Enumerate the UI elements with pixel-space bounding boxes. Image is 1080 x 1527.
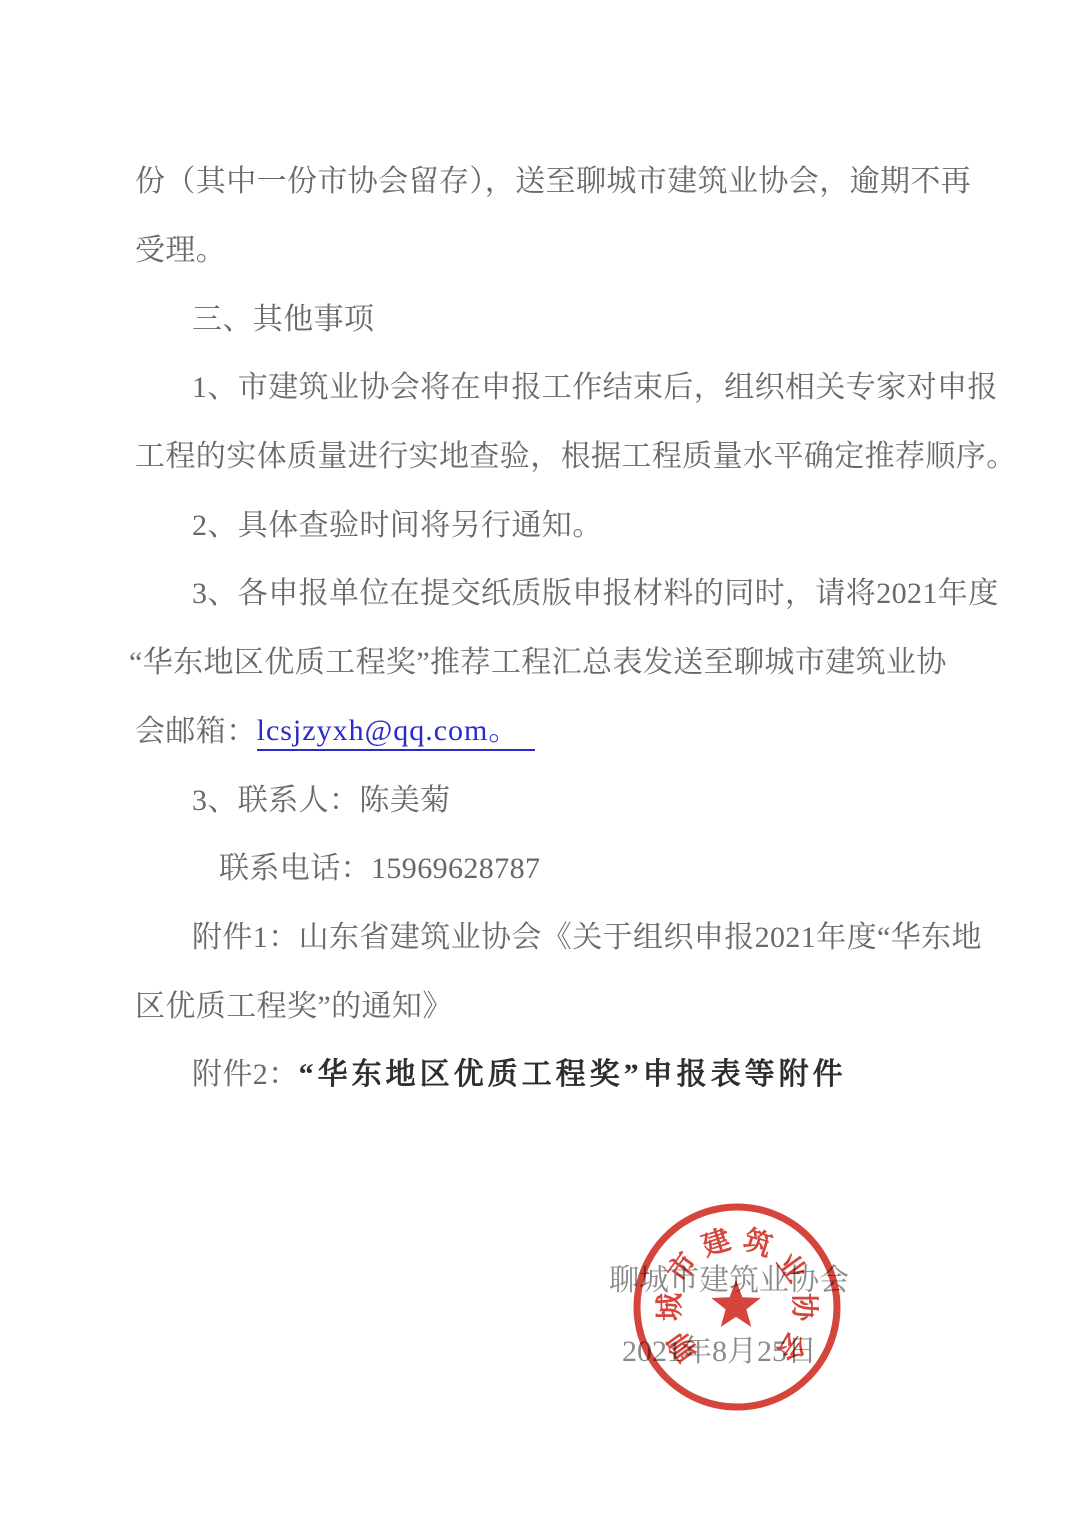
email-link[interactable]: lcsjzyxh@qq.com。 <box>257 705 536 751</box>
attachment2-title: “华东地区优质工程奖”申报表等附件 <box>299 1049 847 1093</box>
doc-line: 受理。 <box>135 213 970 282</box>
stamp-arc-char: 聊 <box>662 1326 704 1367</box>
stamp-arc-char: 会 <box>770 1326 812 1367</box>
doc-line: “华东地区优质工程奖”推荐工程汇总表发送至聊城市建筑业协 <box>129 625 970 694</box>
stamp-arc-char: 业 <box>770 1247 812 1288</box>
doc-line-contact-person: 3、联系人：陈美菊 <box>135 762 970 831</box>
stamp-arc-char: 城 <box>654 1293 686 1321</box>
doc-line-email: 会邮箱：lcsjzyxh@qq.com。 <box>135 694 970 763</box>
stamp-star-icon <box>711 1280 760 1327</box>
doc-line: 3、各申报单位在提交纸质版申报材料的同时，请将2021年度 <box>135 556 970 625</box>
email-label: 会邮箱： <box>135 706 257 750</box>
document-body: 份（其中一份市协会留存），送至聊城市建筑业协会，逾期不再 受理。 三、其他事项 … <box>135 144 970 1106</box>
doc-line: 份（其中一份市协会留存），送至聊城市建筑业协会，逾期不再 <box>135 144 970 213</box>
doc-line: 区优质工程奖”的通知》 <box>135 968 970 1037</box>
attachment2-label: 附件2： <box>192 1049 299 1093</box>
official-seal-stamp: 聊城市建筑业协会 <box>627 1197 847 1417</box>
doc-line: 工程的实体质量进行实地查验，根据工程质量水平确定推荐顺序。 <box>135 419 970 488</box>
doc-line-contact-phone: 联系电话：15969628787 <box>135 831 970 900</box>
doc-line-attachment1: 附件1：山东省建筑业协会《关于组织申报2021年度“华东地 <box>135 900 970 969</box>
stamp-arc-char: 市 <box>662 1247 704 1288</box>
doc-line-section-heading: 三、其他事项 <box>135 281 970 350</box>
stamp-arc-char: 建 <box>698 1224 735 1263</box>
doc-line: 2、具体查验时间将另行通知。 <box>135 487 970 556</box>
stamp-arc-char: 协 <box>788 1293 820 1322</box>
document-page: 份（其中一份市协会留存），送至聊城市建筑业协会，逾期不再 受理。 三、其他事项 … <box>0 0 1080 1527</box>
stamp-arc-char: 筑 <box>739 1224 776 1263</box>
doc-line: 1、市建筑业协会将在申报工作结束后，组织相关专家对申报 <box>135 350 970 419</box>
doc-line-attachment2: 附件2：“华东地区优质工程奖”申报表等附件 <box>135 1037 970 1106</box>
